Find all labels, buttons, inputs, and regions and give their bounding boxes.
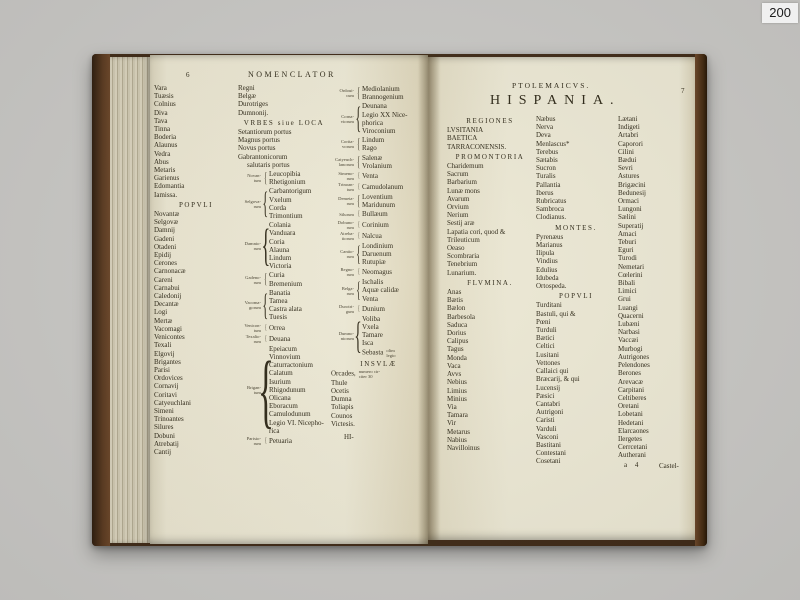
group-items: LindumRago [362, 136, 426, 152]
list-item: Turalis [536, 172, 616, 180]
list-item: Charidemum [447, 162, 533, 170]
list-item: Brannogenium [362, 93, 426, 101]
braced-group: Regno-rum{Neomagus [331, 267, 426, 277]
list-item: Camudolanum [362, 183, 426, 191]
list-item: BAETICA [447, 134, 533, 142]
list-item: Lapatia cori, quod & [447, 228, 533, 236]
list-item: Iamissa. [154, 191, 238, 199]
list-item: Astures [618, 172, 694, 180]
list-item: Gadeni [154, 235, 238, 243]
group-items: IschalisAquæ calidæVenta [362, 278, 426, 303]
list-item: LVSITANIA [447, 126, 533, 134]
list-item: Legio XX Nice- [362, 111, 426, 119]
list-item: Venta [362, 172, 426, 180]
braced-group: Damnio-rum{ColaniaVanduaraCoriaAlaunaLin… [238, 221, 330, 270]
list-item: Toliapis [331, 403, 426, 411]
list-item: Sestij aræ [447, 219, 533, 227]
left-catchword: HI- [344, 433, 354, 441]
right-column-3: LætaniIndigetiArtabriCapororiCiliniBædui… [618, 115, 694, 460]
group-side-label: Dobuno-rum [331, 220, 355, 230]
list-item: Mertæ [154, 317, 238, 325]
braced-group: Parisio-rum{Petuaria [238, 436, 330, 446]
list-item: Mediolanium [362, 85, 426, 93]
section-heading: REGIONES [447, 117, 533, 125]
list-item: Lubæni [618, 320, 694, 328]
group-side-label: Simeno-rum [331, 171, 355, 181]
list-item: Caporori [618, 140, 694, 148]
list-item: Nabius [447, 436, 533, 444]
list-item: Silures [154, 423, 238, 431]
brace-glyph: { [355, 242, 362, 267]
list-item: Navilloinus [447, 444, 533, 452]
list-item: phorica [362, 119, 426, 127]
open-book: 6 NOMENCLATOR VaraTuæsisColniusDivaTavaT… [92, 54, 707, 546]
list-item: Via [447, 403, 533, 411]
list-item: Carpitani [618, 386, 694, 394]
list-item: Pallantia [536, 181, 616, 189]
right-page-title: HISPANIA. [490, 93, 621, 109]
list-item: Nerium [447, 211, 533, 219]
list-item: Murbogi [618, 345, 694, 353]
group-side-label: Silurum [331, 212, 355, 217]
list-item: Teburi [618, 238, 694, 246]
list-item: Bræcarij, & qui [536, 375, 616, 383]
group-side-label: Vacoma-gorum [238, 300, 262, 310]
list-item: Eguri [618, 246, 694, 254]
list-item: Durotriges [238, 100, 330, 108]
list-item: TARRACONENSIS. [447, 143, 533, 151]
list-item: Ordovices [154, 374, 238, 382]
page-edges-left [110, 57, 150, 543]
group-items: MediolaniumBrannogenium [362, 85, 426, 101]
list-item: Logi [154, 308, 238, 316]
list-item: Tamea [269, 297, 330, 305]
list-item: Calipus [447, 337, 533, 345]
right-running-title: PTOLEMAICVS. [512, 81, 590, 90]
brace-glyph: { [355, 305, 362, 313]
list-item: Barbesola [447, 313, 533, 321]
brace-glyph: { [262, 345, 269, 435]
list-item: Cerones [154, 259, 238, 267]
list-item: Parisi [154, 366, 238, 374]
braced-group: Ordoui-cum{MediolaniumBrannogenium [331, 85, 426, 101]
left-column-1: VaraTuæsisColniusDivaTavaTinnaBoderiaAla… [154, 84, 238, 456]
list-item: Olicana [269, 394, 330, 402]
list-item: Luangi [618, 304, 694, 312]
list-item: Vedra [154, 150, 238, 158]
list-item: Bætis [447, 296, 533, 304]
list-item: Lindum [269, 254, 330, 262]
brace-glyph: { [355, 232, 362, 240]
book-photograph: 200 6 NOMENCLATOR VaraTuæsisColniusDivaT… [0, 0, 800, 600]
list-item: Deuana [269, 335, 330, 343]
group-side-label: Ordoui-cum [331, 88, 355, 98]
group-items: Neomagus [362, 268, 426, 276]
list-item: Leucopibia [269, 170, 330, 178]
list-item: Oretani [618, 402, 694, 410]
list-item: Celtiberes [618, 394, 694, 402]
list-item: Carbantorigum [269, 187, 330, 195]
brace-glyph: { [355, 85, 362, 101]
list-item: Curia [269, 271, 330, 279]
list-item: Lobetani [618, 410, 694, 418]
list-item: Rutupiæ [362, 258, 426, 266]
list-item: Amaci [618, 230, 694, 238]
group-side-label: Selgova-rum [238, 199, 262, 209]
list-item: Pæsici [536, 392, 616, 400]
list-item: Thule [331, 379, 426, 387]
list-item: Alaunus [154, 141, 238, 149]
shelf-number-label: 200 [762, 3, 798, 23]
list-item: Tagus [447, 345, 533, 353]
list-item: Monda [447, 354, 533, 362]
list-item: Vrolanium [362, 162, 426, 170]
list-item: Trileuticum [447, 236, 533, 244]
right-column-1: REGIONESLVSITANIABAETICATARRACONENSIS.PR… [447, 115, 533, 452]
list-item: Salenæ [362, 154, 426, 162]
list-item: Lunæ mons [447, 187, 533, 195]
list-item: Orrea [269, 324, 330, 332]
list-item: Vxelum [269, 196, 330, 204]
list-item: Coritavi [154, 391, 238, 399]
group-side-label: Texalio-rum [238, 334, 262, 344]
braced-group: Texalio-rum{Deuana [238, 334, 330, 344]
group-items: Bullæum [362, 210, 426, 218]
shelf-number-text: 200 [769, 5, 791, 20]
section-heading: POPVLI [154, 201, 238, 209]
brace-glyph: { [355, 136, 362, 152]
list-item: Selgovæ [154, 218, 238, 226]
list-item: Brigantes [154, 358, 238, 366]
list-item: Lungoni [618, 205, 694, 213]
braced-group: Silurum{Bullæum [331, 210, 426, 218]
list-item: Vaca [447, 362, 533, 370]
group-side-label: Venicon-tum [238, 323, 262, 333]
list-item: Petuaria [269, 437, 330, 445]
braced-group: Catyeuch-lanorum{SalenæVrolanium [331, 154, 426, 170]
list-item: Varduli [536, 425, 616, 433]
braced-group: Corna-viorum{DeunanaLegio XX Nice-phoric… [331, 102, 426, 135]
list-item: Dorius [447, 329, 533, 337]
list-item: Simeni [154, 407, 238, 415]
list-item: Terebus [536, 148, 616, 156]
list-item: Corda [269, 204, 330, 212]
braced-group: Dumno-niorum{VolibaVxelaTamareIscaSebast… [331, 315, 426, 358]
list-item: Texali [154, 341, 238, 349]
list-item: Oeaso [447, 244, 533, 252]
section-heading: VRBES siue LOCA [238, 119, 330, 127]
list-item: Narbasi [618, 328, 694, 336]
list-item: Bremenium [269, 280, 330, 288]
list-item: Ilipula [536, 249, 616, 257]
brace-glyph: { [262, 271, 269, 287]
list-item: Cilini [618, 148, 694, 156]
group-items: CuriaBremenium [269, 271, 330, 287]
marginal-note: olimlegio [386, 348, 395, 358]
list-item: Tuæsis [154, 92, 238, 100]
list-item: Elarcaones [618, 427, 694, 435]
list-item: Vettones [536, 359, 616, 367]
brace-glyph: { [355, 154, 362, 170]
list-item: Contestani [536, 449, 616, 457]
list-item: Deva [536, 131, 616, 139]
right-folio-number: 7 [681, 87, 685, 95]
group-items: Dunium [362, 305, 426, 313]
list-item: Saduca [447, 321, 533, 329]
list-item: Rhetigonium [269, 178, 330, 186]
list-item: Bælon [447, 304, 533, 312]
section-heading: POPVLI [536, 292, 616, 300]
section-heading: MONTES. [536, 224, 616, 232]
list-item: Grui [618, 295, 694, 303]
group-items: Venta [362, 172, 426, 180]
list-item: Camulodunum [269, 410, 330, 418]
list-item: Atrebatij [154, 440, 238, 448]
list-item: Boderia [154, 133, 238, 141]
list-item: Minius [447, 395, 533, 403]
list-item: Ormaci [618, 197, 694, 205]
braced-group: Atreba-tiorum{Nalcua [331, 231, 426, 241]
list-item: Limius [447, 387, 533, 395]
list-item: Arevacæ [618, 378, 694, 386]
braced-group: Demeta-rum{LoventiumMaridunum [331, 193, 426, 209]
list-item: Lindum [362, 136, 426, 144]
list-item: Alauna [269, 246, 330, 254]
list-item: Sevri [618, 164, 694, 172]
group-items: Corinium [362, 221, 426, 229]
list-item: Lusitani [536, 351, 616, 359]
group-side-label: Novan-tum [238, 173, 262, 183]
left-column-3: Ordoui-cum{MediolaniumBrannogeniumCorna-… [331, 84, 426, 428]
brace-glyph: { [355, 221, 362, 229]
list-item: Brigæcini [618, 181, 694, 189]
list-item: Tamara [447, 411, 533, 419]
group-side-label: Regno-rum [331, 267, 355, 277]
list-item: Avvs [447, 370, 533, 378]
right-page: PTOLEMAICVS. 7 HISPANIA. REGIONESLVSITAN… [428, 57, 695, 540]
list-item: Ischalis [362, 278, 426, 286]
list-item: Vanduara [269, 229, 330, 237]
list-item: Belgæ [238, 92, 330, 100]
list-item: Orcades,numero cir-citer 30 [331, 369, 426, 379]
list-item: Indigeti [618, 123, 694, 131]
list-item: Pelendones [618, 361, 694, 369]
group-items: Deuana [269, 335, 330, 343]
list-item: Counos [331, 412, 426, 420]
list-item: Decantæ [154, 300, 238, 308]
list-item: Autrigones [618, 353, 694, 361]
list-item: Vindius [536, 257, 616, 265]
left-column-2: RegniBelgæDurotrigesDumnonij.VRBES siue … [238, 84, 330, 447]
list-item: Bædui [618, 156, 694, 164]
list-item: Lucensij [536, 384, 616, 392]
brace-glyph: { [262, 221, 269, 270]
list-item: Tava [154, 117, 238, 125]
right-catchword: Castel- [659, 462, 679, 470]
list-item: Neomagus [362, 268, 426, 276]
brace-glyph: { [355, 183, 362, 191]
list-item: Ortospeda. [536, 282, 616, 290]
braced-group: Novan-tum{LeucopibiaRhetigonium [238, 170, 330, 186]
list-item: Garienus [154, 174, 238, 182]
list-item: Lunarium. [447, 269, 533, 277]
group-side-label: Belga-rum [331, 286, 355, 296]
list-item: Novantæ [154, 210, 238, 218]
list-item: Vinnovium [269, 353, 330, 361]
brace-glyph: { [262, 324, 269, 332]
braced-group: Selgova-rum{CarbantorigumVxelumCordaTrim… [238, 187, 330, 220]
group-items: SalenæVrolanium [362, 154, 426, 170]
list-item: Abus [154, 158, 238, 166]
list-item: Cantabri [536, 400, 616, 408]
group-side-label: Gadeno-rum [238, 275, 262, 285]
braced-group: Vacoma-gorum{BanatiaTameaCastra alataTue… [238, 289, 330, 322]
list-item: Quacerni [618, 312, 694, 320]
list-item: Regni [238, 84, 330, 92]
list-item: Næbus [536, 115, 616, 123]
group-side-label: Atreba-tiorum [331, 231, 355, 241]
list-item: Pyrenæus [536, 233, 616, 241]
group-side-label: Damnio-rum [238, 241, 262, 251]
list-item: Turodi [618, 254, 694, 262]
list-item: Trinoantes [154, 415, 238, 423]
list-item: Corinium [362, 221, 426, 229]
braced-group: Brigan-tum{EpeiacumVinnoviumCaturractoni… [238, 345, 330, 435]
brace-glyph: { [262, 437, 269, 445]
brace-glyph: { [355, 278, 362, 303]
braced-group: Corita-vorum{LindumRago [331, 136, 426, 152]
list-item: Vacomagi [154, 325, 238, 333]
group-items: Camudolanum [362, 183, 426, 191]
group-side-label: Corita-vorum [331, 139, 355, 149]
list-item: Idubeda [536, 274, 616, 282]
list-item: Rago [362, 144, 426, 152]
list-item: Epidij [154, 251, 238, 259]
braced-group: Gadeno-rum{CuriaBremenium [238, 271, 330, 287]
list-item: Pœni [536, 318, 616, 326]
list-item: Victoria [269, 262, 330, 270]
list-item: Artabri [618, 131, 694, 139]
list-item: Superatij [618, 222, 694, 230]
brace-glyph: { [355, 193, 362, 209]
list-item: Viroconium [362, 127, 426, 135]
braced-group: Venicon-tum{Orrea [238, 323, 330, 333]
list-item: Nerva [536, 123, 616, 131]
list-item: Sætabis [536, 156, 616, 164]
group-items: Petuaria [269, 437, 330, 445]
list-item: Gabrantonicorum [238, 153, 330, 161]
list-item: Autherani [618, 451, 694, 459]
braced-group: Belga-rum{IschalisAquæ calidæVenta [331, 278, 426, 303]
list-item: Daruenum [362, 250, 426, 258]
braced-group: Durotri-gum{Dunium [331, 304, 426, 314]
list-item: Callaici qui [536, 367, 616, 375]
brace-glyph: { [355, 316, 362, 357]
list-item: Rhigodunum [269, 386, 330, 394]
group-side-label: Durotri-gum [331, 304, 355, 314]
list-item: Sucron [536, 164, 616, 172]
list-item: Calatum [269, 369, 330, 377]
list-item: Nebius [447, 378, 533, 386]
list-item: Berones [618, 369, 694, 377]
list-item: Cerrcetani [618, 443, 694, 451]
list-item: Magnus portus [238, 136, 330, 144]
list-item: Caturractonium [269, 361, 330, 369]
group-side-label: Catyeuch-lanorum [331, 157, 355, 167]
list-item: Isurium [269, 378, 330, 386]
list-item: Maridunum [362, 201, 426, 209]
list-item: Anas [447, 288, 533, 296]
list-item: Ocetis [331, 387, 426, 395]
braced-group: Dobuno-rum{Corinium [331, 220, 426, 230]
braced-group: Trinoan-tum{Camudolanum [331, 182, 426, 192]
gutter-shadow [418, 54, 440, 546]
list-item: Menlascus* [536, 140, 616, 148]
list-item: Celtici [536, 342, 616, 350]
list-item: Avarum [447, 195, 533, 203]
list-item: Banatia [269, 289, 330, 297]
list-item: Venicontes [154, 333, 238, 341]
list-item: Vasconi [536, 433, 616, 441]
list-item: Caledonij [154, 292, 238, 300]
list-item: Eboracum [269, 402, 330, 410]
brace-glyph: { [262, 289, 269, 322]
book-cover-right-edge [695, 54, 707, 546]
group-items: CarbantorigumVxelumCordaTrimontium [269, 187, 330, 220]
group-items: LeucopibiaRhetigonium [269, 170, 330, 186]
list-item: Dumna [331, 395, 426, 403]
list-item: Vara [154, 84, 238, 92]
brace-glyph: { [262, 187, 269, 220]
list-item: Aquæ calidæ [362, 286, 426, 294]
list-item: Epeiacum [269, 345, 330, 353]
list-item: Autrigoni [536, 408, 616, 416]
list-item: Edulius [536, 266, 616, 274]
list-item: Barbarium [447, 178, 533, 186]
section-heading: INSVLÆ [331, 360, 426, 368]
list-item: Nalcua [362, 232, 426, 240]
group-items: LondiniumDaruenumRutupiæ [362, 242, 426, 267]
list-item: Limici [618, 287, 694, 295]
list-item: Vir [447, 419, 533, 427]
list-item: Tuesis [269, 313, 330, 321]
brace-glyph: { [355, 172, 362, 180]
brace-glyph: { [262, 335, 269, 343]
brace-glyph: { [355, 210, 362, 218]
list-item: Novus portus [238, 144, 330, 152]
group-side-label: Dumno-niorum [331, 331, 355, 341]
list-item: Coria [269, 238, 330, 246]
group-items: DeunanaLegio XX Nice-phoricaViroconium [362, 102, 426, 135]
group-items: LoventiumMaridunum [362, 193, 426, 209]
group-side-label: Demeta-rum [331, 196, 355, 206]
list-item: Dumnonij. [238, 109, 330, 117]
group-items: VolibaVxelaTamareIscaSebastaolimlegio [362, 315, 426, 358]
list-item: Sambroca [536, 205, 616, 213]
section-heading: FLVMINA. [447, 279, 533, 287]
list-item: Diva [154, 109, 238, 117]
list-item: Bastitani [536, 441, 616, 449]
list-item: Nemetari [618, 263, 694, 271]
list-item: Londinium [362, 242, 426, 250]
list-item: Voliba [362, 315, 426, 323]
list-item: Marianus [536, 241, 616, 249]
list-item: Bullæum [362, 210, 426, 218]
list-item: Metarus [447, 428, 533, 436]
list-item: Cornavij [154, 382, 238, 390]
list-item: Bastuli, qui & [536, 310, 616, 318]
list-item: Tenebrium [447, 260, 533, 268]
